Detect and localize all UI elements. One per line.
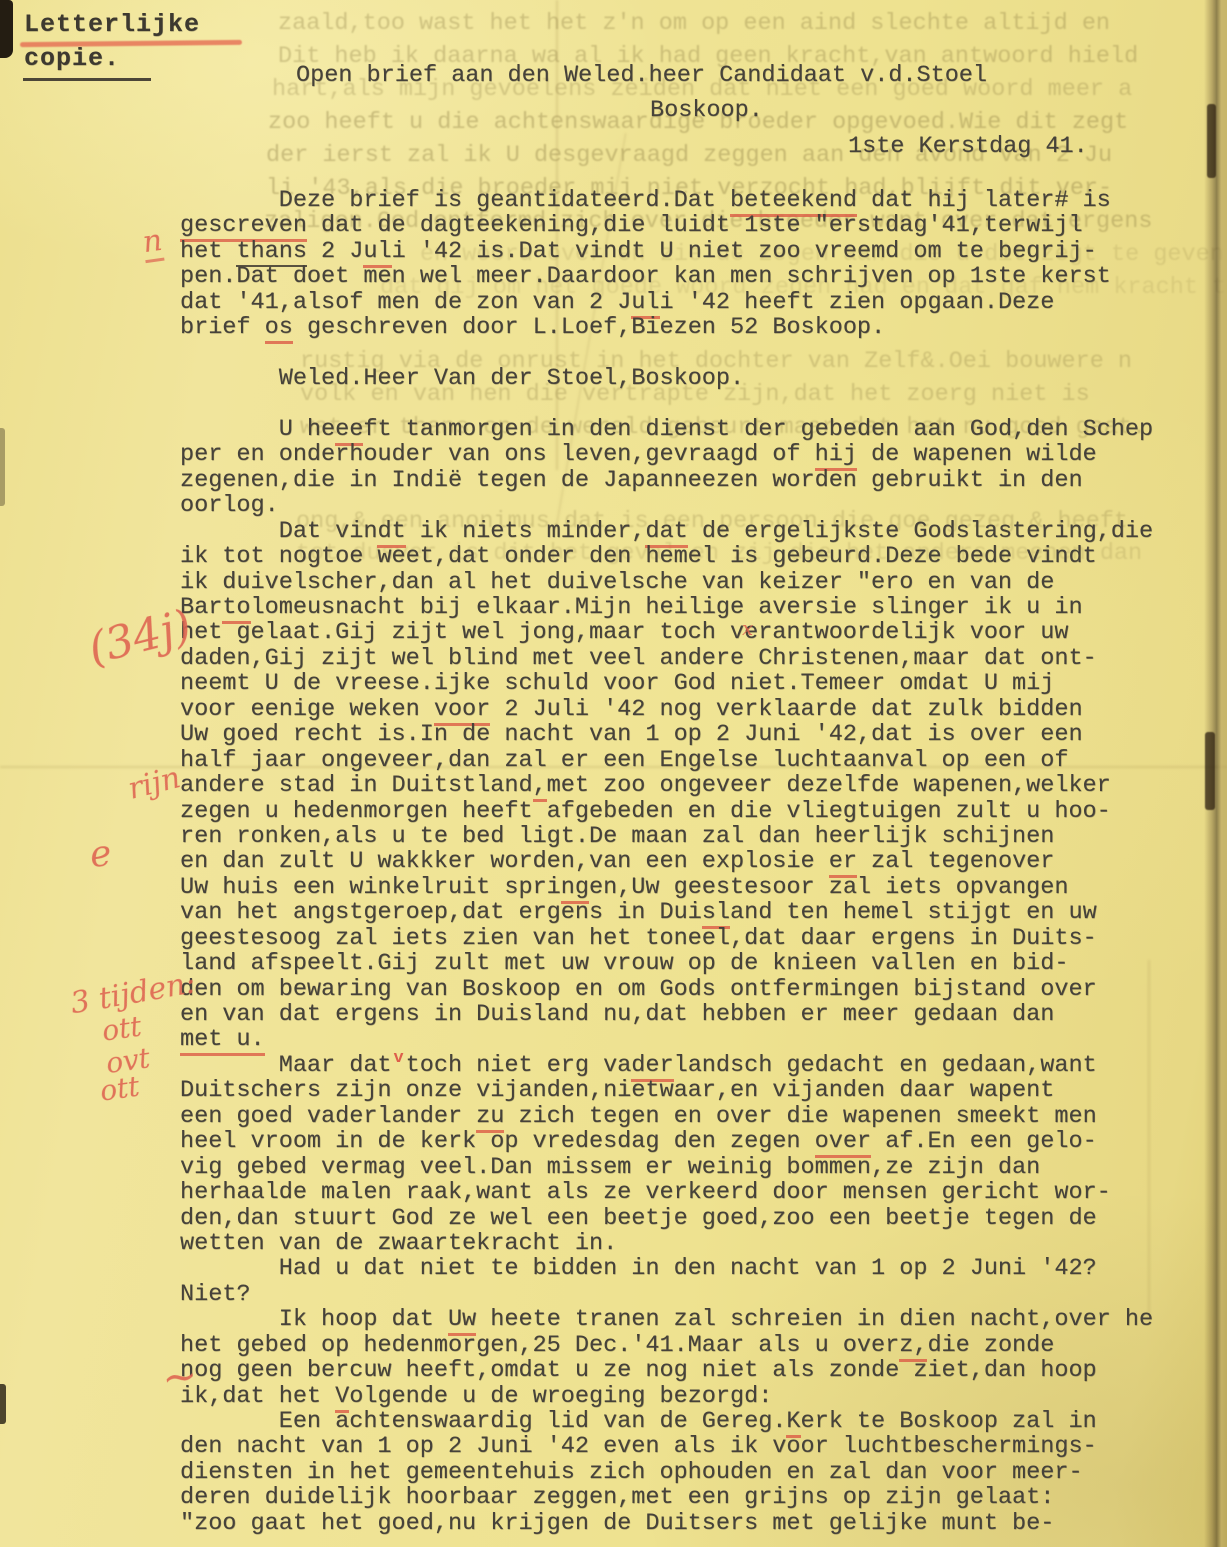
margin-annotation: e (88, 833, 113, 876)
letter-line: het gebed op hedenmorgen,25 Dec.'41.Maar… (180, 1333, 1153, 1358)
letter-line: Maar datvtoch niet erg vaderlandsch geda… (180, 1053, 1153, 1078)
letter-line: den nacht van 1 op 2 Juni '42 even als i… (180, 1434, 1153, 1459)
letter-line: daden,Gij zijt wel blind met veel andere… (180, 646, 1153, 671)
letter-line: herhaalde malen raak,want als ze verkeer… (180, 1180, 1153, 1205)
letter-line: Weled.Heer Van der Stoel,Boskoop. (180, 366, 1153, 391)
letter-line: voor eenige weken voor 2 Juli '42 nog ve… (180, 697, 1153, 722)
letter-line: nog geen bercuw heeft,omdat u ze nog nie… (180, 1358, 1153, 1383)
letter-line: heel vroom in de kerk op vredesdag den z… (180, 1129, 1153, 1154)
letter-line: wetten van de zwaartekracht in. (180, 1231, 1153, 1256)
edge-dark-mark (1207, 104, 1216, 178)
letter-line: Uw huis een winkelruit springen,Uw geest… (180, 875, 1153, 900)
letter-title-line2: Boskoop. (650, 97, 763, 124)
letter-line: diensten in het gemeentehuis zich ophoud… (180, 1460, 1153, 1485)
scanned-letter-page: zaald,too wast het het z'n om op een ain… (0, 0, 1227, 1547)
letter-line: zegenen,die in Indië tegen de Japanneeze… (180, 468, 1153, 493)
letter-line: Een achtenswaardig lid van de Gereg.Kerk… (180, 1409, 1153, 1434)
letter-line: Uw goed recht is.In de nacht van 1 op 2 … (180, 722, 1153, 747)
red-underline-mark (20, 40, 242, 47)
letter-dateline: 1ste Kerstdag 41. (848, 133, 1088, 160)
letter-line: neemt U de vreese.ijke schuld voor God n… (180, 671, 1153, 696)
margin-annotation: n (140, 223, 164, 263)
letter-line: dat '41,alsof men de zon van 2 Juli '42 … (180, 290, 1153, 315)
letter-line: Dat vindt ik niets minder,dat de ergelij… (180, 519, 1153, 544)
literal-copy-stamp-line2: copie. (24, 44, 120, 73)
letter-line: en dan zult U wakkker worden,van een exp… (180, 849, 1153, 874)
letter-line: per en onderhouder van ons leven,gevraag… (180, 442, 1153, 467)
letter-line: "zoo gaat het goed,nu krijgen de Duitser… (180, 1511, 1153, 1536)
letter-title-line1: Open brief aan den Weled.heer Candidaat … (296, 62, 987, 89)
red-caret-mark: v (392, 1046, 406, 1071)
underlined-word: os (265, 314, 293, 344)
edge-dark-mark (1205, 732, 1215, 810)
letter-line: Deze brief is geantidateerd.Dat beteeken… (180, 188, 1153, 213)
letter-body: Deze brief is geantidateerd.Dat beteeken… (180, 188, 1153, 1536)
letter-line: Bartolomeusnacht bij elkaar.Mijn heilige… (180, 595, 1153, 620)
letter-line: zegen u hedenmorgen heeft afgebeden en d… (180, 799, 1153, 824)
letter-line: ik tot nogtoe weet,dat onder den hemel i… (180, 544, 1153, 569)
letter-line: brief os geschreven door L.Loef,Biezen 5… (180, 315, 1153, 340)
margin-annotation: ~ (160, 1350, 200, 1402)
letter-line: ren ronken,als u te bed ligt.De maan zal… (180, 824, 1153, 849)
letter-line: andere stad in Duitstland,met zoo ongeve… (180, 773, 1153, 798)
scan-edge-mark (0, 0, 13, 58)
margin-annotation: ott (98, 1069, 142, 1107)
letter-line (180, 392, 1153, 417)
letter-line (180, 341, 1153, 366)
letter-line: den,dan stuurt God ze wel een beetje goe… (180, 1206, 1153, 1231)
letter-line: oorlog. (180, 493, 1153, 518)
letter-line: Duitschers zijn onze vijanden,nietwaar,e… (180, 1078, 1153, 1103)
letter-line: ik duivelscher,dan al het duivelsche van… (180, 570, 1153, 595)
letter-line: Niet? (180, 1282, 1153, 1307)
letter-line: het thans 2 Juli '42 is.Dat vindt U niet… (180, 239, 1153, 264)
letter-line: en van dat ergens in Duisland nu,dat heb… (180, 1002, 1153, 1027)
letter-line: het gelaat.Gij zijt wel jong,maar toch v… (180, 620, 1153, 645)
letter-line: Had u dat niet te bidden in den nacht va… (180, 1256, 1153, 1281)
letter-line: pen.Dat doet men wel meer.Daardoor kan m… (180, 264, 1153, 289)
scan-edge-mark (0, 428, 5, 506)
letter-line: een goed vaderlander zu zich tegen en ov… (180, 1104, 1153, 1129)
letter-line: van het angstgeroep,dat ergens in Duisla… (180, 900, 1153, 925)
letter-line: vig gebed vermag veel.Dan missem er wein… (180, 1155, 1153, 1180)
letter-line: U heeeft tanmorgen in den dienst der geb… (180, 417, 1153, 442)
letter-line: half jaar ongeveer,dan zal er een Engels… (180, 748, 1153, 773)
letter-line: gescreven dat de dagteekening,die luidt … (180, 213, 1153, 238)
letter-line: ik,dat het Volgende u de wroeging bezorg… (180, 1384, 1153, 1409)
letter-line: geestesoog zal iets zien van het toneel,… (180, 926, 1153, 951)
margin-annotation: x (742, 616, 753, 640)
scan-edge-mark (0, 1384, 6, 1424)
letter-line: deren duidelijk hoorbaar zeggen,met een … (180, 1485, 1153, 1510)
typed-underline-mark (23, 78, 151, 81)
letter-line: met u. (180, 1027, 1153, 1052)
letter-line: den om bewaring van Boskoop en om Gods o… (180, 977, 1153, 1002)
letter-line: Ik hoop dat Uw heete tranen zal schreien… (180, 1307, 1153, 1332)
margin-annotation: rijn (125, 760, 184, 807)
literal-copy-stamp-line1: Letterlijke (24, 10, 200, 39)
letter-line: land afspeelt.Gij zult met uw vrouw op d… (180, 951, 1153, 976)
showthrough-line: zaald,too wast het het z'n om op een ain… (278, 10, 1110, 37)
